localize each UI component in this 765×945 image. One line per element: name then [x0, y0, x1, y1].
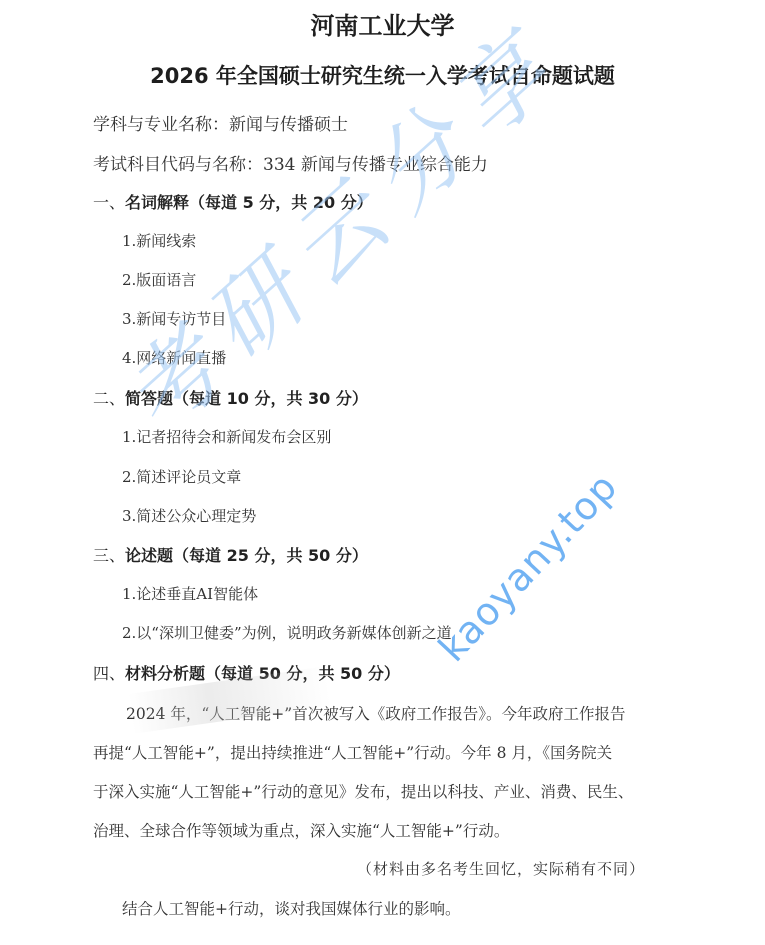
analysis-question: 结合人工智能+行动，谈对我国媒体行业的影响。 [122, 897, 461, 919]
subject-label: 考试科目代码与名称： [93, 155, 263, 175]
question-item: 1.新闻线索 [122, 230, 196, 251]
section-title: 简答题 [125, 389, 173, 408]
section-heading-2: 二、简答题（每道 10 分，共 30 分） [93, 386, 368, 409]
section-score: （每道 10 分，共 30 分） [173, 389, 368, 408]
question-item: 2.版面语言 [122, 269, 196, 290]
material-line: 于深入实施“人工智能+”行动的意见》发布，提出以科技、产业、消费、民生、 [93, 780, 633, 802]
major-label: 学科与专业名称： [93, 115, 229, 135]
watermark-url: kaoyany.top [430, 464, 626, 670]
material-line: 治理、全球合作等领域为重点，深入实施“人工智能+”行动。 [93, 819, 509, 841]
subject-value: 334 新闻与传播专业综合能力 [263, 155, 488, 175]
question-item: 4.网络新闻直播 [122, 347, 226, 368]
material-note: （材料由多名考生回忆，实际稍有不同） [357, 858, 645, 879]
subject-line: 考试科目代码与名称：334 新闻与传播专业综合能力 [93, 150, 488, 175]
question-item: 3.简述公众心理定势 [122, 505, 256, 526]
section-number: 四、 [93, 664, 125, 683]
material-line: 再提“人工智能+”，提出持续推进“人工智能+”行动。今年 8 月，《国务院关 [93, 741, 612, 763]
exam-title: 2026 年全国硕士研究生统一入学考试自命题试题 [0, 60, 765, 90]
section-title: 材料分析题 [125, 664, 205, 683]
section-number: 三、 [93, 546, 125, 565]
major-line: 学科与专业名称：新闻与传播硕士 [93, 110, 348, 135]
major-value: 新闻与传播硕士 [229, 115, 348, 135]
question-item: 1.记者招待会和新闻发布会区别 [122, 426, 331, 447]
question-item: 3.新闻专访节目 [122, 308, 226, 329]
section-score: （每道 25 分，共 50 分） [173, 546, 368, 565]
university-name: 河南工业大学 [0, 6, 765, 41]
section-heading-3: 三、论述题（每道 25 分，共 50 分） [93, 543, 368, 566]
section-number: 二、 [93, 389, 125, 408]
section-title: 论述题 [125, 546, 173, 565]
question-item: 1.论述垂直AI智能体 [122, 583, 258, 604]
section-heading-1: 一、名词解释（每道 5 分，共 20 分） [93, 190, 373, 213]
question-item: 2.简述评论员文章 [122, 466, 241, 487]
section-title: 名词解释 [125, 193, 189, 212]
section-score: （每道 5 分，共 20 分） [189, 193, 373, 212]
exam-paper-page: 河南工业大学 2026 年全国硕士研究生统一入学考试自命题试题 学科与专业名称：… [0, 0, 765, 945]
question-item: 2.以“深圳卫健委”为例，说明政务新媒体创新之道 [122, 622, 452, 643]
section-number: 一、 [93, 193, 125, 212]
